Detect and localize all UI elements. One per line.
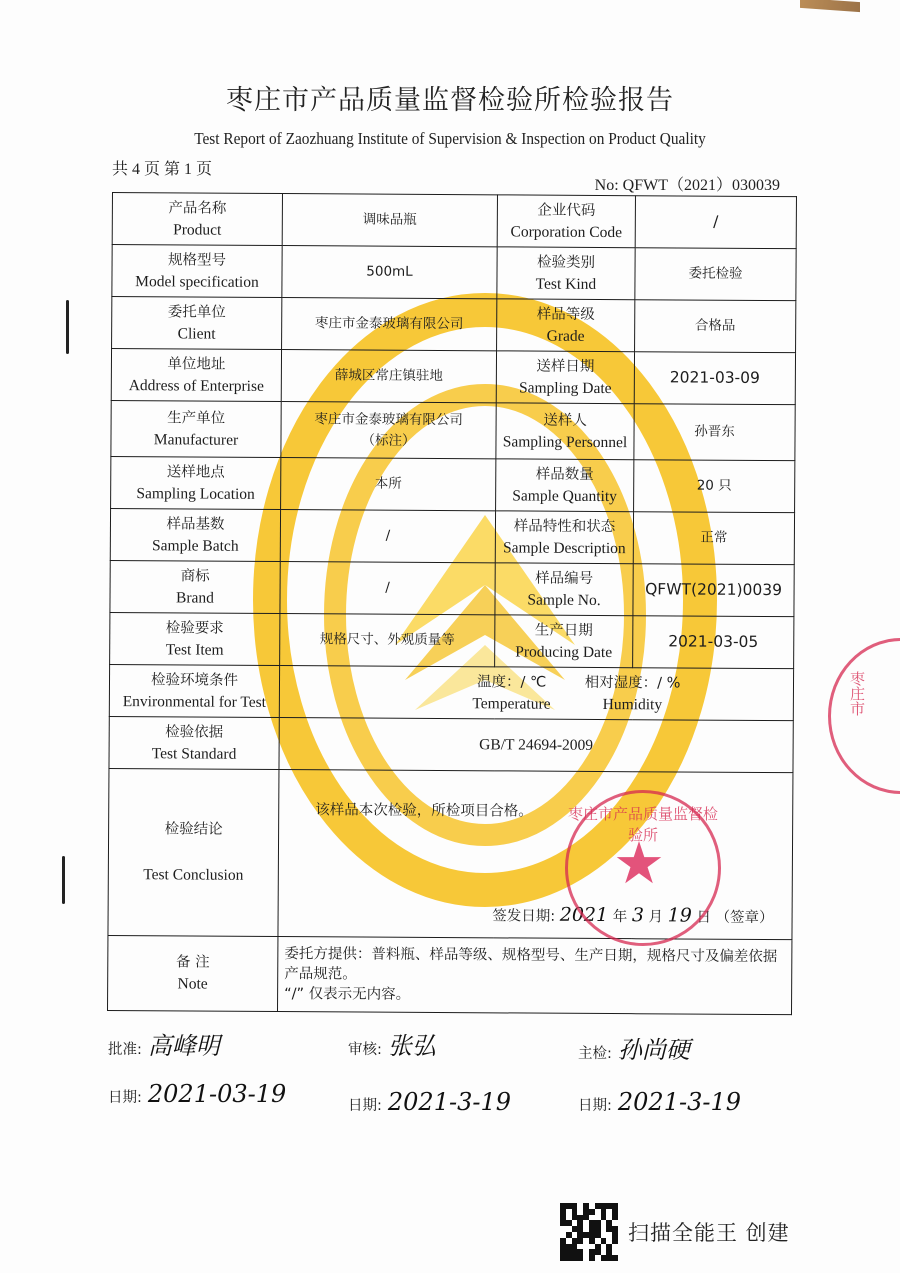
scanner-watermark: 扫描全能王 创建 (560, 1203, 790, 1261)
field-label: 生产单位Manufacturer (111, 400, 281, 457)
field-value: 调味品瓶 (282, 194, 497, 247)
table-row: 检验要求Test Item规格尺寸、外观质量等生产日期Producing Dat… (110, 612, 794, 668)
reviewer-date: 日期:2021-3-19 (348, 1088, 511, 1116)
qr-code-icon (560, 1203, 618, 1261)
field-value: / (635, 196, 796, 249)
issue-date: 签发日期: 2021 年 3 月 19 日 （签章） (492, 904, 773, 929)
table-row: 样品基数Sample Batch/样品特性和状态Sample Descripti… (110, 508, 794, 564)
conclusion-label: 检验结论 Test Conclusion (108, 768, 279, 936)
conclusion-row: 检验结论 Test Conclusion 该样品本次检验，所检项目合格。 签发日… (108, 768, 793, 939)
field-value: 合格品 (635, 300, 796, 353)
field-label: 检验类别Test Kind (497, 247, 635, 300)
table-row: 规格型号Model specification500mL检验类别Test Kin… (112, 245, 796, 301)
field-value: 正常 (633, 512, 794, 565)
field-label: 商标Brand (110, 560, 280, 613)
table-row: 送样地点Sampling Location本所样品数量Sample Quanti… (111, 456, 795, 512)
page-count: 共 4 页 第 1 页 (112, 156, 212, 179)
field-label: 产品名称Product (112, 193, 282, 246)
approver-date: 日期:2021-03-19 (108, 1080, 286, 1108)
field-label: 样品等级Grade (497, 299, 635, 352)
field-value: 本所 (281, 458, 496, 511)
table-row: 生产单位Manufacturer枣庄市金泰玻璃有限公司（标注）送样人Sampli… (111, 400, 795, 460)
page-corner-mark (800, 0, 860, 12)
standard-value: GB/T 24694-2009 (279, 718, 793, 773)
humidity-value: 相对湿度：/ % Humidity (584, 672, 680, 715)
field-label: 规格型号Model specification (112, 245, 282, 298)
field-label: 检验要求Test Item (110, 612, 280, 665)
field-label: 企业代码Corporation Code (497, 195, 635, 248)
field-label: 送样日期Sampling Date (496, 351, 634, 404)
field-value: 孙晋东 (634, 404, 795, 461)
inspector-signature: 主检:孙尚硬 (578, 1030, 690, 1065)
field-value: 500mL (282, 246, 497, 299)
field-value: / (280, 510, 495, 563)
field-label: 样品基数Sample Batch (110, 508, 280, 561)
field-label: 样品数量Sample Quantity (496, 459, 634, 512)
field-value: 2021-03-09 (634, 352, 795, 405)
approver-signature: 批准:高峰明 (108, 1026, 220, 1061)
field-label: 样品编号Sample No. (495, 563, 633, 616)
environment-values: 温度：/ ℃ Temperature 相对湿度：/ % Humidity (279, 666, 793, 721)
field-label: 送样地点Sampling Location (111, 456, 281, 509)
standard-label: 检验依据 Test Standard (109, 716, 279, 769)
standard-row: 检验依据 Test Standard GB/T 24694-2009 (109, 716, 793, 772)
field-label: 单位地址Address of Enterprise (111, 349, 281, 402)
temperature-value: 温度：/ ℃ Temperature (472, 672, 550, 714)
report-table: 产品名称Product调味品瓶企业代码Corporation Code/规格型号… (107, 192, 797, 1015)
field-value: 2021-03-05 (633, 616, 794, 669)
note-label: 备 注 Note (108, 935, 278, 1011)
report-number: No: QFWT（2021）030039 (595, 172, 780, 195)
note-line: 委托方提供：普料瓶、样品等级、规格型号、生产日期，规格尺寸及偏差依据产品规范。 (284, 944, 785, 987)
binding-mark (62, 856, 65, 904)
field-label: 委托单位Client (112, 297, 282, 350)
note-row: 备 注 Note 委托方提供：普料瓶、样品等级、规格型号、生产日期，规格尺寸及偏… (108, 935, 792, 1014)
environment-label: 检验环境条件 Environmental for Test (109, 664, 279, 717)
field-value: 20 只 (634, 460, 795, 513)
table-row: 产品名称Product调味品瓶企业代码Corporation Code/ (112, 193, 796, 249)
field-value: 委托检验 (635, 248, 796, 301)
field-label: 生产日期Producing Date (495, 615, 633, 668)
field-value: 规格尺寸、外观质量等 (280, 614, 495, 667)
field-label: 送样人Sampling Personnel (496, 403, 634, 460)
environment-row: 检验环境条件 Environmental for Test 温度：/ ℃ Tem… (109, 664, 793, 720)
field-value: / (280, 562, 495, 615)
field-value: 薛城区常庄镇驻地 (281, 350, 496, 403)
note-line: “/” 仅表示无内容。 (284, 984, 785, 1007)
table-row: 单位地址Address of Enterprise薛城区常庄镇驻地送样日期Sam… (111, 349, 795, 405)
conclusion-value: 该样品本次检验，所检项目合格。 签发日期: 2021 年 3 月 19 日 （签… (278, 770, 793, 940)
edge-seal-icon: 枣庄市 (828, 638, 900, 794)
reviewer-signature: 审核:张弘 (348, 1026, 436, 1061)
binding-mark (66, 300, 69, 354)
note-value: 委托方提供：普料瓶、样品等级、规格型号、生产日期，规格尺寸及偏差依据产品规范。 … (277, 937, 791, 1015)
field-value: 枣庄市金泰玻璃有限公司（标注） (281, 402, 496, 459)
field-value: QFWT(2021)0039 (633, 564, 794, 617)
conclusion-text: 该样品本次检验，所检项目合格。 (315, 800, 533, 822)
table-row: 委托单位Client枣庄市金泰玻璃有限公司样品等级Grade合格品 (112, 297, 796, 353)
field-label: 样品特性和状态Sample Description (495, 511, 633, 564)
inspector-date: 日期:2021-3-19 (578, 1088, 741, 1116)
table-row: 商标Brand/样品编号Sample No.QFWT(2021)0039 (110, 560, 794, 616)
report-title-cn: 枣庄市产品质量监督检验所检验报告 (0, 78, 900, 117)
field-value: 枣庄市金泰玻璃有限公司 (282, 298, 497, 351)
report-title-en: Test Report of Zaozhuang Institute of Su… (32, 129, 869, 149)
